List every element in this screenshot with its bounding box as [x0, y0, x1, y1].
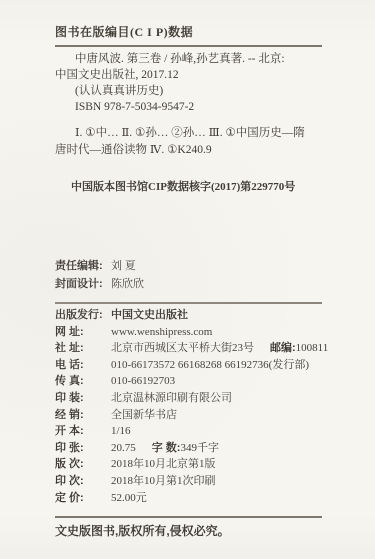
publication-label: 经 销:: [55, 407, 108, 424]
credits-label: 责任编辑:: [55, 258, 108, 275]
publication-value: 20.75: [111, 442, 136, 454]
credits-row: 封面设计:陈欣欣: [55, 275, 144, 293]
cip-description-line: 中唐风波. 第三卷 / 孙峰,孙艺真著. -- 北京:: [55, 51, 327, 67]
publication-value: 北京市西城区太平桥大街23号: [111, 342, 254, 354]
publication-value: 010-66173572 66168268 66192736(发行部): [111, 359, 309, 371]
publication-value: 1/16: [111, 425, 131, 437]
publication-row: 印 张:20.75字 数:349千字: [55, 439, 355, 456]
publication-label: 印 装:: [55, 390, 108, 407]
publication-row: 网 址:www.wenshipress.com: [55, 323, 355, 340]
publication-label: 印 次:: [55, 473, 108, 490]
divider-bottom: [55, 516, 322, 518]
divider-middle: [55, 302, 322, 304]
divider-top: [55, 45, 322, 47]
credits-value: 陈欣欣: [111, 278, 144, 290]
credits-label: 封面设计:: [55, 276, 108, 293]
word-count-label: 字 数:: [152, 442, 181, 454]
cip-header: 图书在版编目(C I P)数据: [55, 23, 193, 40]
credits-value: 刘 夏: [111, 260, 136, 272]
publication-value: 中国文史出版社: [111, 309, 188, 321]
publication-row: 电 话:010-66173572 66168268 66192736(发行部): [55, 356, 355, 373]
publication-value: 010-66192703: [111, 375, 175, 387]
publication-row: 版 次:2018年10月北京第1版: [55, 455, 355, 472]
publication-value: 2018年10月北京第1版: [111, 458, 216, 470]
publication-label: 定 价:: [55, 490, 108, 507]
publication-value: 52.00元: [111, 492, 147, 504]
publication-label: 开 本:: [55, 423, 108, 440]
publication-row: 出版发行:中国文史出版社: [55, 306, 355, 323]
cip-description: 中唐风波. 第三卷 / 孙峰,孙艺真著. -- 北京: 中国文史出版社, 201…: [55, 51, 327, 115]
postcode-label: 邮编:: [270, 342, 296, 354]
copyright-notice: 文史版图书,版权所有,侵权必究。: [55, 522, 230, 539]
credits-block: 责任编辑:刘 夏 封面设计:陈欣欣: [55, 257, 144, 292]
publication-label: 印 张:: [55, 440, 108, 457]
word-count-value: 349千字: [180, 442, 219, 454]
publication-row: 开 本:1/16: [55, 422, 355, 439]
cip-classification: Ⅰ. ①中… Ⅱ. ①孙… ②孙… Ⅲ. ①中国历史—隋 唐时代—通俗读物 Ⅳ.…: [55, 125, 327, 159]
publication-label: 版 次:: [55, 456, 108, 473]
publication-value: www.wenshipress.com: [111, 326, 212, 338]
publication-value: 北京温林源印刷有限公司: [111, 392, 232, 404]
postcode-value: 100811: [296, 342, 329, 354]
isbn: ISBN 978-7-5034-9547-2: [55, 99, 327, 115]
publication-label: 社 址:: [55, 340, 108, 357]
publication-label: 网 址:: [55, 324, 108, 341]
publication-row: 传 真:010-66192703: [55, 372, 355, 389]
publication-row: 经 销:全国新华书店: [55, 406, 355, 423]
credits-row: 责任编辑:刘 夏: [55, 257, 144, 275]
cip-record-number: 中国版本图书馆CIP数据核字(2017)第229770号: [71, 178, 295, 194]
publication-value: 2018年10月第1次印刷: [111, 475, 216, 487]
publication-info: 出版发行:中国文史出版社 网 址:www.wenshipress.com 社 址…: [55, 306, 355, 505]
publication-label: 电 话:: [55, 357, 108, 374]
classification-line: 唐时代—通俗读物 Ⅳ. ①K240.9: [55, 142, 327, 159]
publication-row: 印 装:北京温林源印刷有限公司: [55, 389, 355, 406]
publication-row: 社 址:北京市西城区太平桥大街23号邮编:100811: [55, 339, 355, 356]
colophon-page: 图书在版编目(C I P)数据 中唐风波. 第三卷 / 孙峰,孙艺真著. -- …: [0, 0, 375, 559]
cip-description-line: 中国文史出版社, 2017.12: [55, 67, 327, 83]
publication-label: 传 真:: [55, 373, 108, 390]
publication-row: 定 价:52.00元: [55, 489, 355, 506]
classification-line: Ⅰ. ①中… Ⅱ. ①孙… ②孙… Ⅲ. ①中国历史—隋: [55, 125, 327, 142]
publication-row: 印 次:2018年10月第1次印刷: [55, 472, 355, 489]
publication-label: 出版发行:: [55, 307, 108, 324]
series-title: (认认真真讲历史): [55, 83, 327, 99]
publication-value: 全国新华书店: [111, 409, 177, 421]
